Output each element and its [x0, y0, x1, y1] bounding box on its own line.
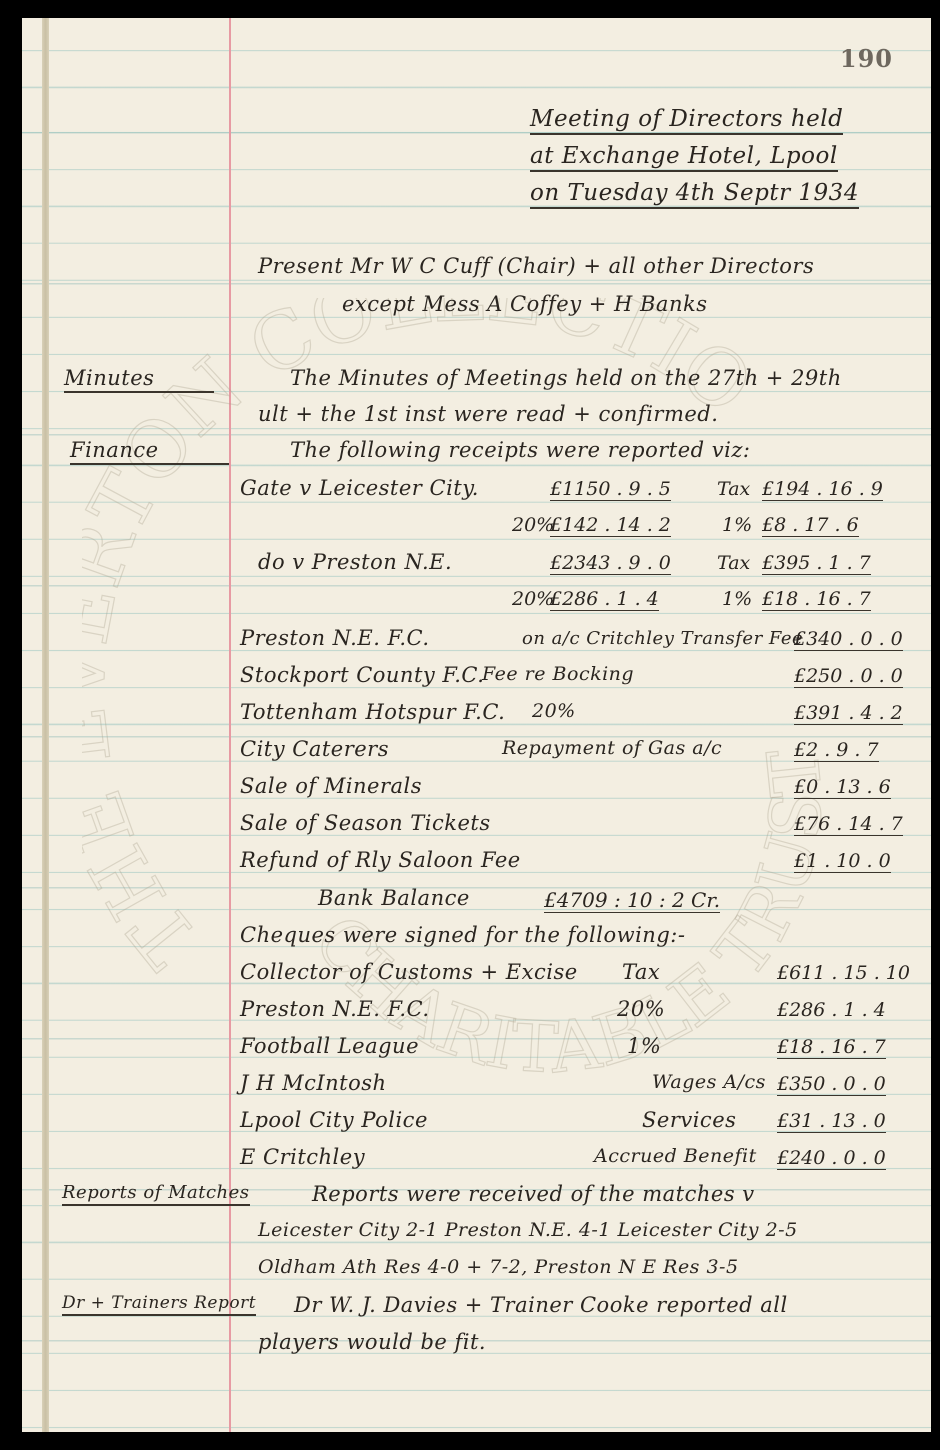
- other-receipt-amount: £391 . 4 . 2: [794, 702, 903, 724]
- cheque-amount: £31 . 13 . 0: [777, 1110, 886, 1132]
- cheque-amount: £286 . 1 . 4: [777, 999, 886, 1021]
- cheque-amount: £240 . 0 . 0: [777, 1147, 886, 1169]
- receipt-tax-label: Tax: [717, 552, 750, 574]
- header-line-2: at Exchange Hotel, Lpool: [530, 143, 838, 169]
- minutes-label: Minutes: [64, 366, 214, 390]
- reports-label: Reports of Matches: [62, 1182, 250, 1203]
- receipt-tax: £18 . 16 . 7: [762, 588, 871, 610]
- minutes-line-1: The Minutes of Meetings held on the 27th…: [290, 366, 842, 390]
- receipt-amount: £286 . 1 . 4: [550, 588, 659, 610]
- receipt-desc: do v Preston N.E.: [258, 550, 452, 574]
- cheque-payee: Collector of Customs + Excise: [240, 960, 578, 984]
- cheque-payee: J H McIntosh: [240, 1071, 387, 1095]
- reports-line-3: Oldham Ath Res 4-0 + 7-2, Preston N E Re…: [258, 1256, 739, 1278]
- cheque-purpose: 1%: [627, 1034, 661, 1058]
- reports-line-1: Reports were received of the matches v: [312, 1182, 755, 1206]
- reports-line-2: Leicester City 2-1 Preston N.E. 4-1 Leic…: [258, 1219, 798, 1241]
- receipt-amount: £2343 . 9 . 0: [550, 552, 671, 574]
- page-number: 190: [840, 44, 893, 73]
- bank-balance-label: Bank Balance: [318, 886, 470, 910]
- other-receipt-desc: City Caterers: [240, 737, 389, 761]
- doctor-report-line-2: players would be fit.: [258, 1330, 486, 1354]
- cheque-purpose: Tax: [622, 960, 660, 984]
- receipt-mid: 20%: [512, 588, 554, 610]
- cheque-payee: Football League: [240, 1034, 419, 1058]
- finance-intro: The following receipts were reported viz…: [290, 438, 751, 462]
- cheque-purpose: Services: [642, 1108, 736, 1132]
- minutes-line-2: ult + the 1st inst were read + confirmed…: [258, 402, 718, 426]
- cheque-payee: Preston N.E. F.C.: [240, 997, 430, 1021]
- doctor-report-line-1: Dr W. J. Davies + Trainer Cooke reported…: [294, 1293, 788, 1317]
- receipt-amount: £1150 . 9 . 5: [550, 478, 671, 500]
- other-receipt-desc: Tottenham Hotspur F.C.: [240, 700, 505, 724]
- cheque-amount: £611 . 15 . 10: [777, 962, 910, 984]
- other-receipt-amount: £250 . 0 . 0: [794, 665, 903, 687]
- other-receipt-note: Repayment of Gas a/c: [502, 737, 722, 759]
- receipt-desc: Gate v Leicester City.: [240, 476, 479, 500]
- receipt-tax-label: 1%: [722, 588, 752, 610]
- other-receipt-amount: £2 . 9 . 7: [794, 739, 879, 761]
- other-receipt-desc: Sale of Minerals: [240, 774, 422, 798]
- receipt-tax: £395 . 1 . 7: [762, 552, 871, 574]
- receipt-tax-label: Tax: [717, 478, 750, 500]
- header-line-3: on Tuesday 4th Septr 1934: [530, 180, 859, 206]
- cheques-intro: Cheques were signed for the following:-: [240, 923, 685, 947]
- other-receipt-desc: Preston N.E. F.C.: [240, 626, 430, 650]
- other-receipt-desc: Stockport County F.C.: [240, 663, 484, 687]
- receipt-tax: £194 . 16 . 9: [762, 478, 883, 500]
- other-receipt-note: Fee re Bocking: [482, 663, 634, 685]
- cheque-purpose: Accrued Benefit: [594, 1145, 757, 1167]
- cheque-payee: E Critchley: [240, 1145, 365, 1169]
- bank-balance-value: £4709 : 10 : 2 Cr.: [544, 888, 720, 912]
- margin-line: [229, 18, 231, 1432]
- ledger-page: THE EVERTON COLLECTION CHARITABLE TRUST …: [22, 18, 931, 1432]
- present-line-2: except Mess A Coffey + H Banks: [342, 292, 707, 316]
- receipt-amount: £142 . 14 . 2: [550, 514, 671, 536]
- receipt-tax-label: 1%: [722, 514, 752, 536]
- binding-shadow: [42, 18, 49, 1432]
- header-line-1: Meeting of Directors held: [530, 106, 843, 132]
- other-receipt-desc: Sale of Season Tickets: [240, 811, 491, 835]
- other-receipt-amount: £76 . 14 . 7: [794, 813, 903, 835]
- cheque-payee: Lpool City Police: [240, 1108, 428, 1132]
- cheque-purpose: Wages A/cs: [652, 1071, 766, 1093]
- finance-label: Finance: [70, 438, 229, 462]
- cheque-amount: £350 . 0 . 0: [777, 1073, 886, 1095]
- other-receipt-amount: £340 . 0 . 0: [794, 628, 903, 650]
- other-receipt-note: on a/c Critchley Transfer Fee: [522, 628, 803, 649]
- other-receipt-amount: £0 . 13 . 6: [794, 776, 891, 798]
- doctor-report-label: Dr + Trainers Report: [62, 1293, 256, 1313]
- present-line-1: Present Mr W C Cuff (Chair) + all other …: [258, 254, 814, 278]
- other-receipt-desc: Refund of Rly Saloon Fee: [240, 848, 521, 872]
- other-receipt-amount: £1 . 10 . 0: [794, 850, 891, 872]
- receipt-tax: £8 . 17 . 6: [762, 514, 859, 536]
- cheque-amount: £18 . 16 . 7: [777, 1036, 886, 1058]
- other-receipt-note: 20%: [532, 700, 576, 722]
- receipt-mid: 20%: [512, 514, 554, 536]
- cheque-purpose: 20%: [617, 997, 665, 1021]
